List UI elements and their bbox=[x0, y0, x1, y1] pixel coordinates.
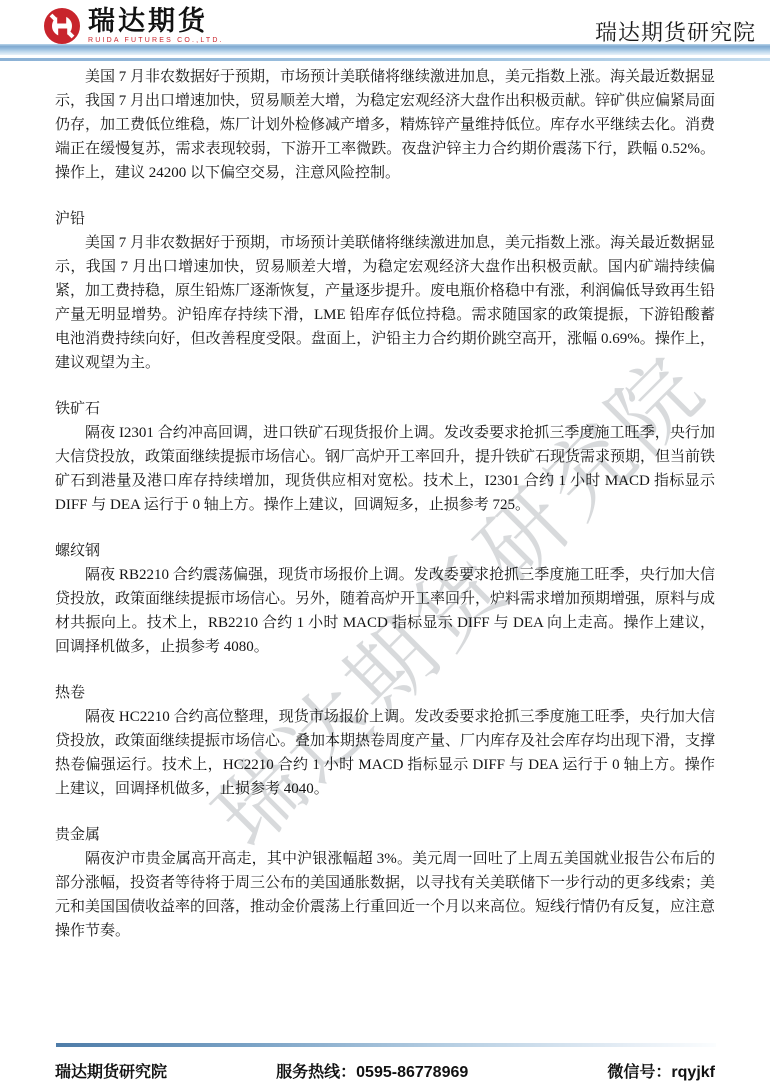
footer-hotline: 服务热线：0595-86778969 bbox=[276, 1059, 468, 1082]
report-section: 沪铅 美国 7 月非农数据好于预期，市场预计美联储将继续激进加息，美元指数上涨。… bbox=[55, 207, 715, 375]
page-footer: 瑞达期货研究院 服务热线：0595-86778969 微信号：rqyjkf bbox=[55, 1059, 715, 1082]
logo-brand-cn: 瑞达期货 bbox=[88, 6, 224, 36]
section-heading: 热卷 bbox=[55, 681, 715, 705]
section-heading: 铁矿石 bbox=[55, 397, 715, 421]
report-page: 瑞达期货研究院 瑞达期货 RUIDA FUTURES CO.,LTD. 瑞达期货… bbox=[0, 0, 770, 1089]
section-heading: 贵金属 bbox=[55, 823, 715, 847]
report-section: 铁矿石 隔夜 I2301 合约冲高回调，进口铁矿石现货报价上调。发改委要求抢抓三… bbox=[55, 397, 715, 517]
header-gradient-bar bbox=[0, 44, 770, 55]
ruida-logo-icon bbox=[42, 6, 82, 46]
company-logo: 瑞达期货 RUIDA FUTURES CO.,LTD. bbox=[42, 6, 224, 46]
logo-brand-en: RUIDA FUTURES CO.,LTD. bbox=[88, 37, 224, 44]
section-paragraph: 美国 7 月非农数据好于预期，市场预计美联储将继续激进加息，美元指数上涨。海关最… bbox=[55, 231, 715, 375]
section-paragraph: 隔夜 HC2210 合约高位整理，现货市场报价上调。发改委要求抢抓三季度施工旺季… bbox=[55, 705, 715, 801]
logo-text: 瑞达期货 RUIDA FUTURES CO.,LTD. bbox=[88, 6, 224, 44]
section-paragraph: 隔夜沪市贵金属高开高走，其中沪银涨幅超 3%。美元周一回吐了上周五美国就业报告公… bbox=[55, 847, 715, 943]
footer-institute: 瑞达期货研究院 bbox=[55, 1059, 167, 1082]
report-section: 螺纹钢 隔夜 RB2210 合约震荡偏强，现货市场报价上调。发改委要求抢抓三季度… bbox=[55, 539, 715, 659]
section-heading: 螺纹钢 bbox=[55, 539, 715, 563]
footer-gradient-rule bbox=[56, 1043, 716, 1047]
report-section: 贵金属 隔夜沪市贵金属高开高走，其中沪银涨幅超 3%。美元周一回吐了上周五美国就… bbox=[55, 823, 715, 943]
page-header: 瑞达期货 RUIDA FUTURES CO.,LTD. 瑞达期货研究院 bbox=[0, 0, 770, 60]
report-sections: 美国 7 月非农数据好于预期，市场预计美联储将继续激进加息，美元指数上涨。海关最… bbox=[55, 56, 715, 943]
page-title: 瑞达期货研究院 bbox=[595, 16, 756, 47]
section-paragraph: 隔夜 RB2210 合约震荡偏强，现货市场报价上调。发改委要求抢抓三季度施工旺季… bbox=[55, 563, 715, 659]
footer-wechat: 微信号：rqyjkf bbox=[607, 1059, 715, 1082]
section-paragraph: 美国 7 月非农数据好于预期，市场预计美联储将继续激进加息，美元指数上涨。海关最… bbox=[55, 65, 715, 185]
report-section: 热卷 隔夜 HC2210 合约高位整理，现货市场报价上调。发改委要求抢抓三季度施… bbox=[55, 681, 715, 801]
section-paragraph: 隔夜 I2301 合约冲高回调，进口铁矿石现货报价上调。发改委要求抢抓三季度施工… bbox=[55, 421, 715, 517]
report-section: 美国 7 月非农数据好于预期，市场预计美联储将继续激进加息，美元指数上涨。海关最… bbox=[55, 65, 715, 185]
section-heading: 沪铅 bbox=[55, 207, 715, 231]
